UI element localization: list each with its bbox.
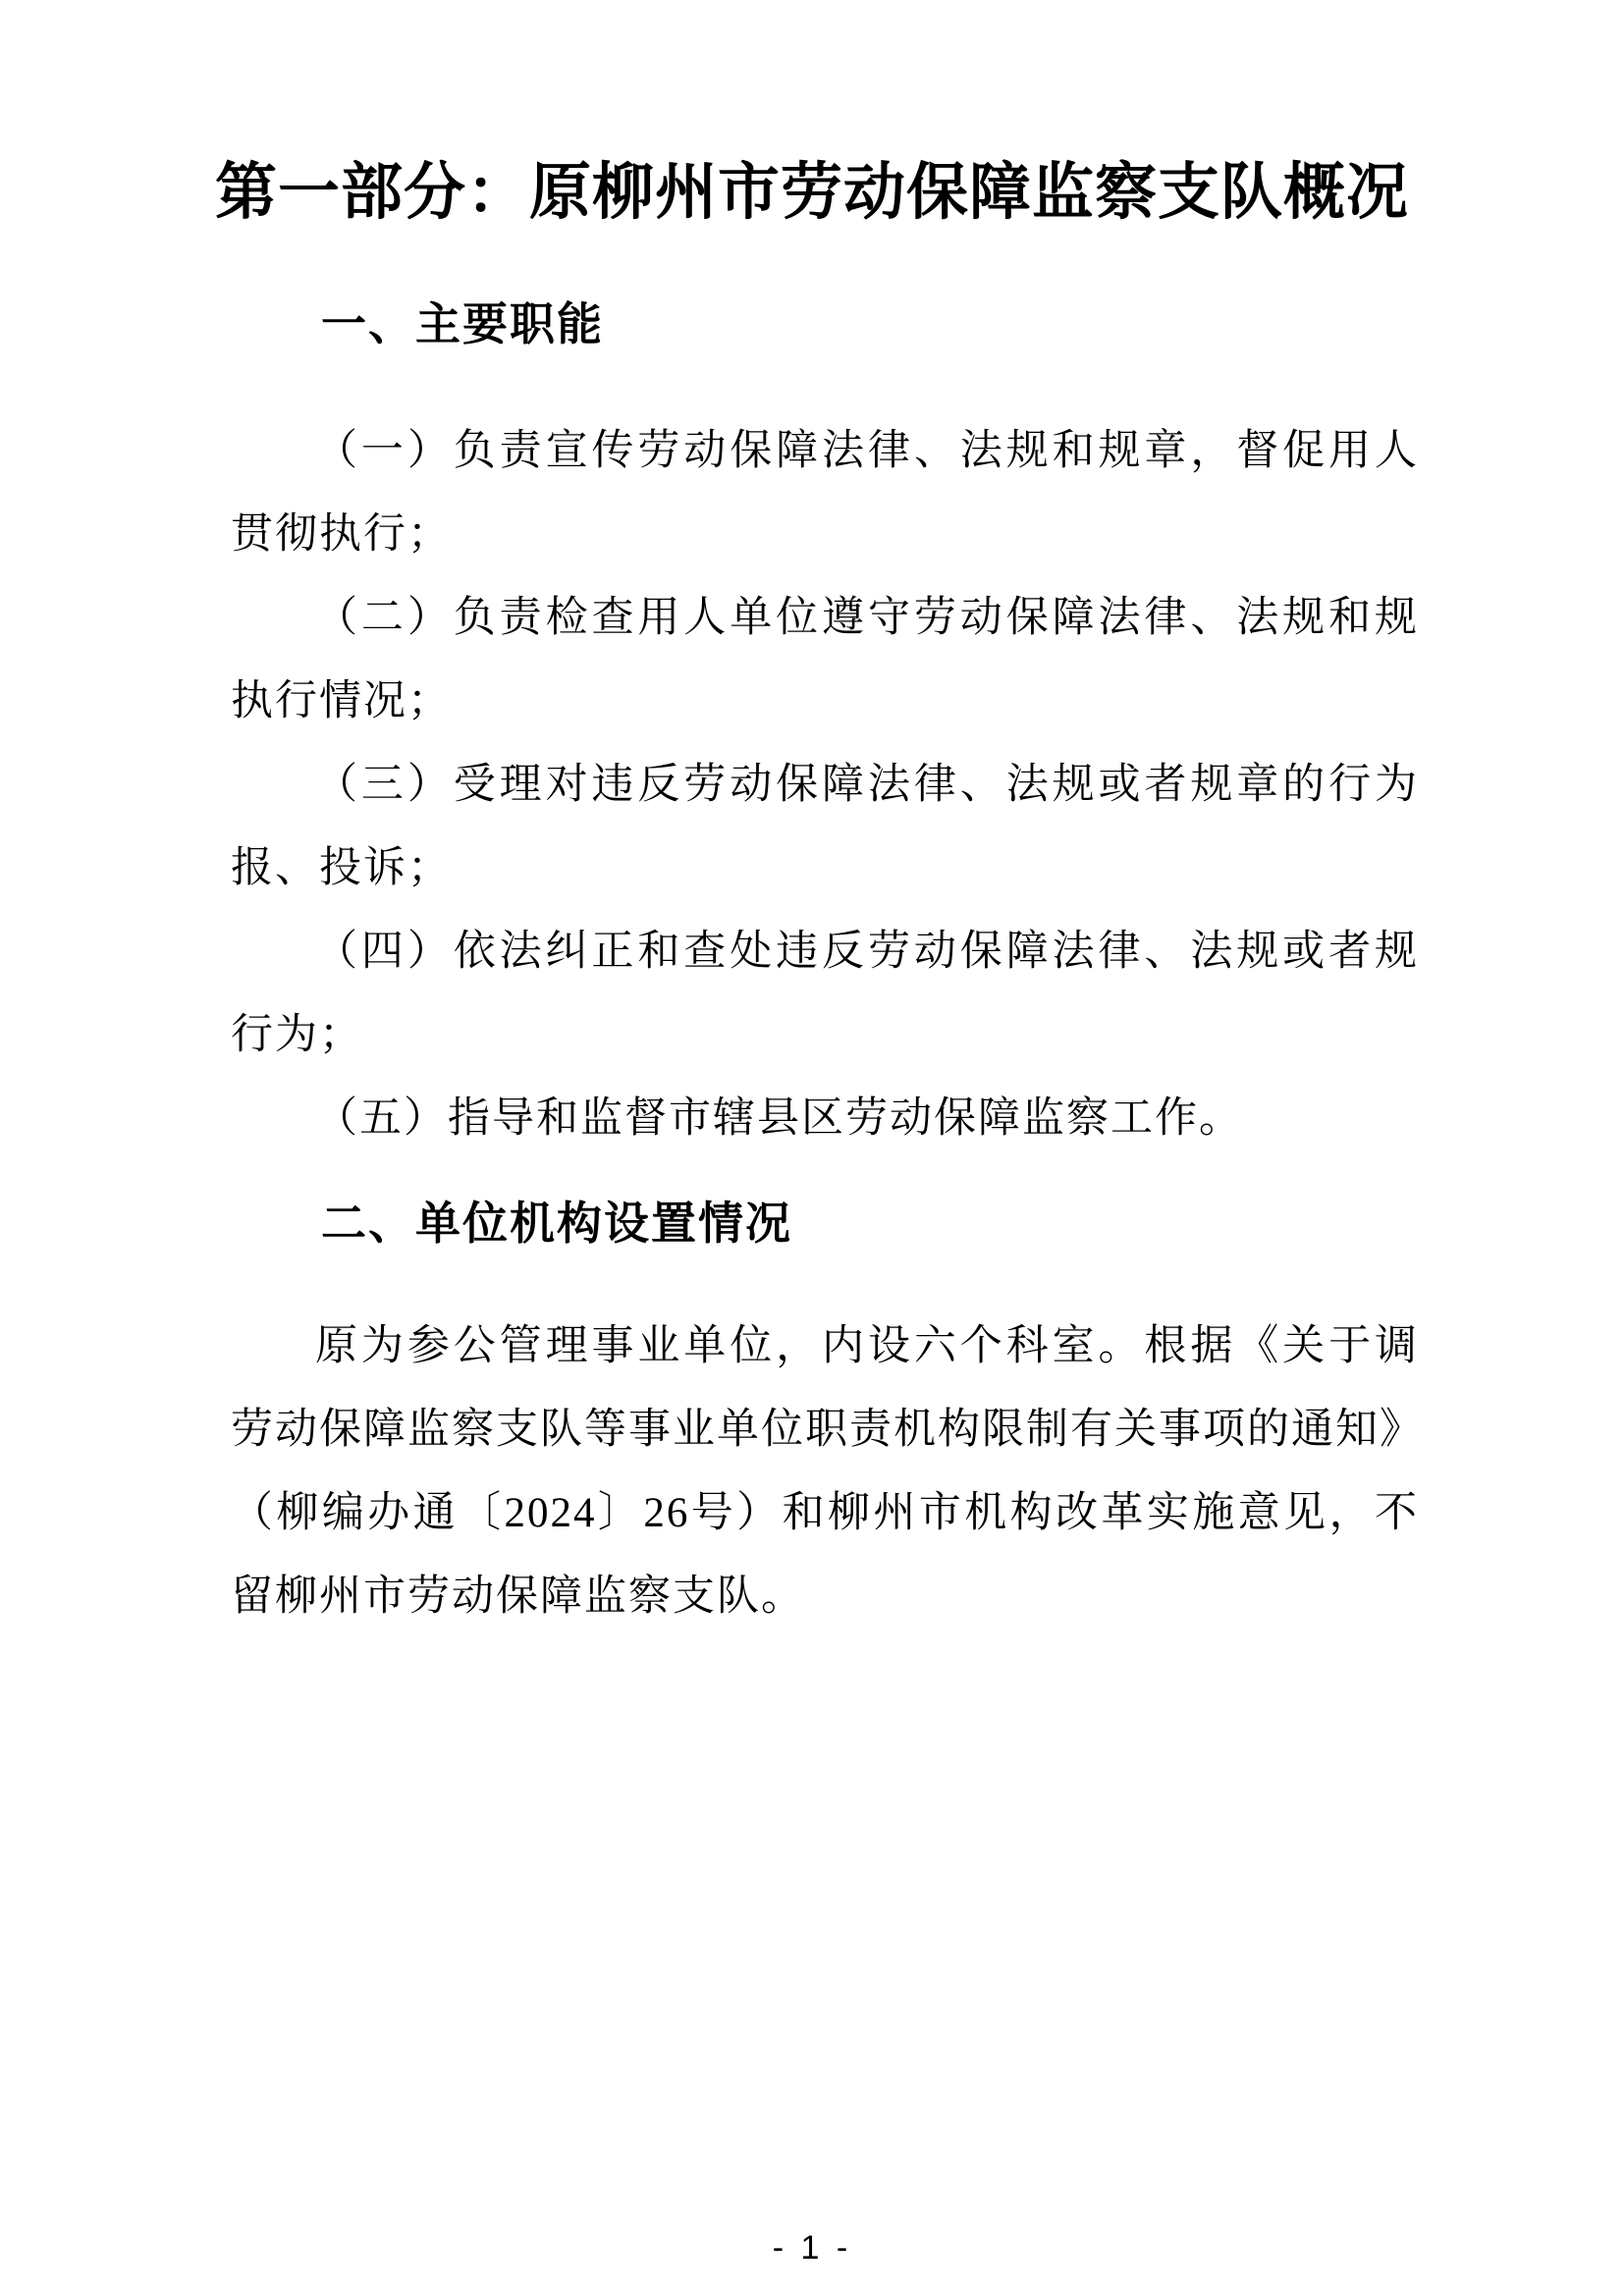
text-line: 报、投诉； <box>231 827 1419 910</box>
section-1-heading: 一、主要职能 <box>321 298 604 349</box>
document-title: 第一部分：原柳州市劳动保障监察支队概况 <box>203 160 1421 225</box>
document-page: 第一部分：原柳州市劳动保障监察支队概况 一、主要职能 （一）负责宣传劳动保障法律… <box>0 0 1624 2296</box>
section-2-body: 原为参公管理事业单位，内设六个科室。根据《关于调整市 劳动保障监察支队等事业单位… <box>231 1305 1419 1638</box>
section-2-heading: 二、单位机构设置情况 <box>321 1198 792 1249</box>
text-line: 贯彻执行； <box>231 493 1419 576</box>
text-line: （一）负责宣传劳动保障法律、法规和规章，督促用人单位 <box>231 409 1419 493</box>
text-line: （四）依法纠正和查处违反劳动保障法律、法规或者规章的 <box>231 910 1419 993</box>
text-line: （五）指导和监督市辖县区劳动保障监察工作。 <box>231 1077 1419 1160</box>
text-line: 原为参公管理事业单位，内设六个科室。根据《关于调整市 <box>231 1305 1419 1388</box>
text-line: 留柳州市劳动保障监察支队。 <box>231 1555 1419 1638</box>
text-line: 劳动保障监察支队等事业单位职责机构限制有关事项的通知》 <box>231 1388 1419 1471</box>
page-number: - 1 - <box>0 2228 1624 2268</box>
text-line: （二）负责检查用人单位遵守劳动保障法律、法规和规章的 <box>231 576 1419 660</box>
section-1-body: （一）负责宣传劳动保障法律、法规和规章，督促用人单位 贯彻执行； （二）负责检查… <box>231 409 1419 1160</box>
text-line: （柳编办通〔2024〕26号）和柳州市机构改革实施意见，不再保 <box>231 1471 1419 1555</box>
text-line: （三）受理对违反劳动保障法律、法规或者规章的行为的举 <box>231 743 1419 827</box>
text-line: 行为； <box>231 993 1419 1077</box>
text-line: 执行情况； <box>231 660 1419 743</box>
